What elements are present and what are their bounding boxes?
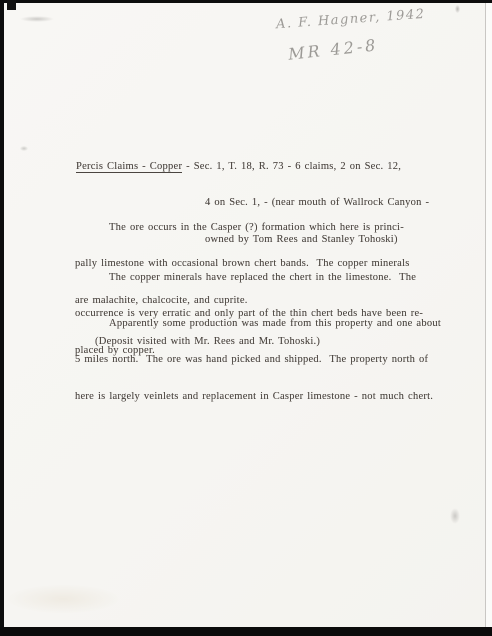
paper-right-edge [485,0,486,636]
claim-name-title: Percis Claims - Copper [76,161,182,174]
smudge-mark [450,508,460,524]
title-location-text: - Sec. 1, T. 18, R. 73 - 6 claims, 2 on … [182,161,401,172]
paragraph-line: here is largely veinlets and replacement… [75,391,441,403]
smudge-mark [8,585,118,613]
paragraph-line: Apparently some production was made from… [75,318,441,330]
paragraph-line: The ore occurs in the Casper (?) formati… [75,222,410,234]
paragraph-line: 5 miles north. The ore was hand picked a… [75,354,441,366]
smudge-mark [455,5,460,13]
deposit-visit-note: (Deposit visited with Mr. Rees and Mr. T… [95,336,320,348]
scan-corner-notch [7,0,16,10]
title-line-1: Percis Claims - Copper - Sec. 1, T. 18, … [76,161,429,173]
scan-border-bottom [0,627,492,636]
scan-border-top [0,0,492,3]
paragraph-line: The copper minerals have replaced the ch… [75,272,423,284]
paragraph-production: Apparently some production was made from… [75,293,441,428]
smudge-mark [20,146,28,151]
scanned-document-page: A. F. Hagner, 1942 MR 42-8 Percis Claims… [0,0,492,636]
scan-border-left [0,0,4,636]
smudge-mark [20,16,54,22]
